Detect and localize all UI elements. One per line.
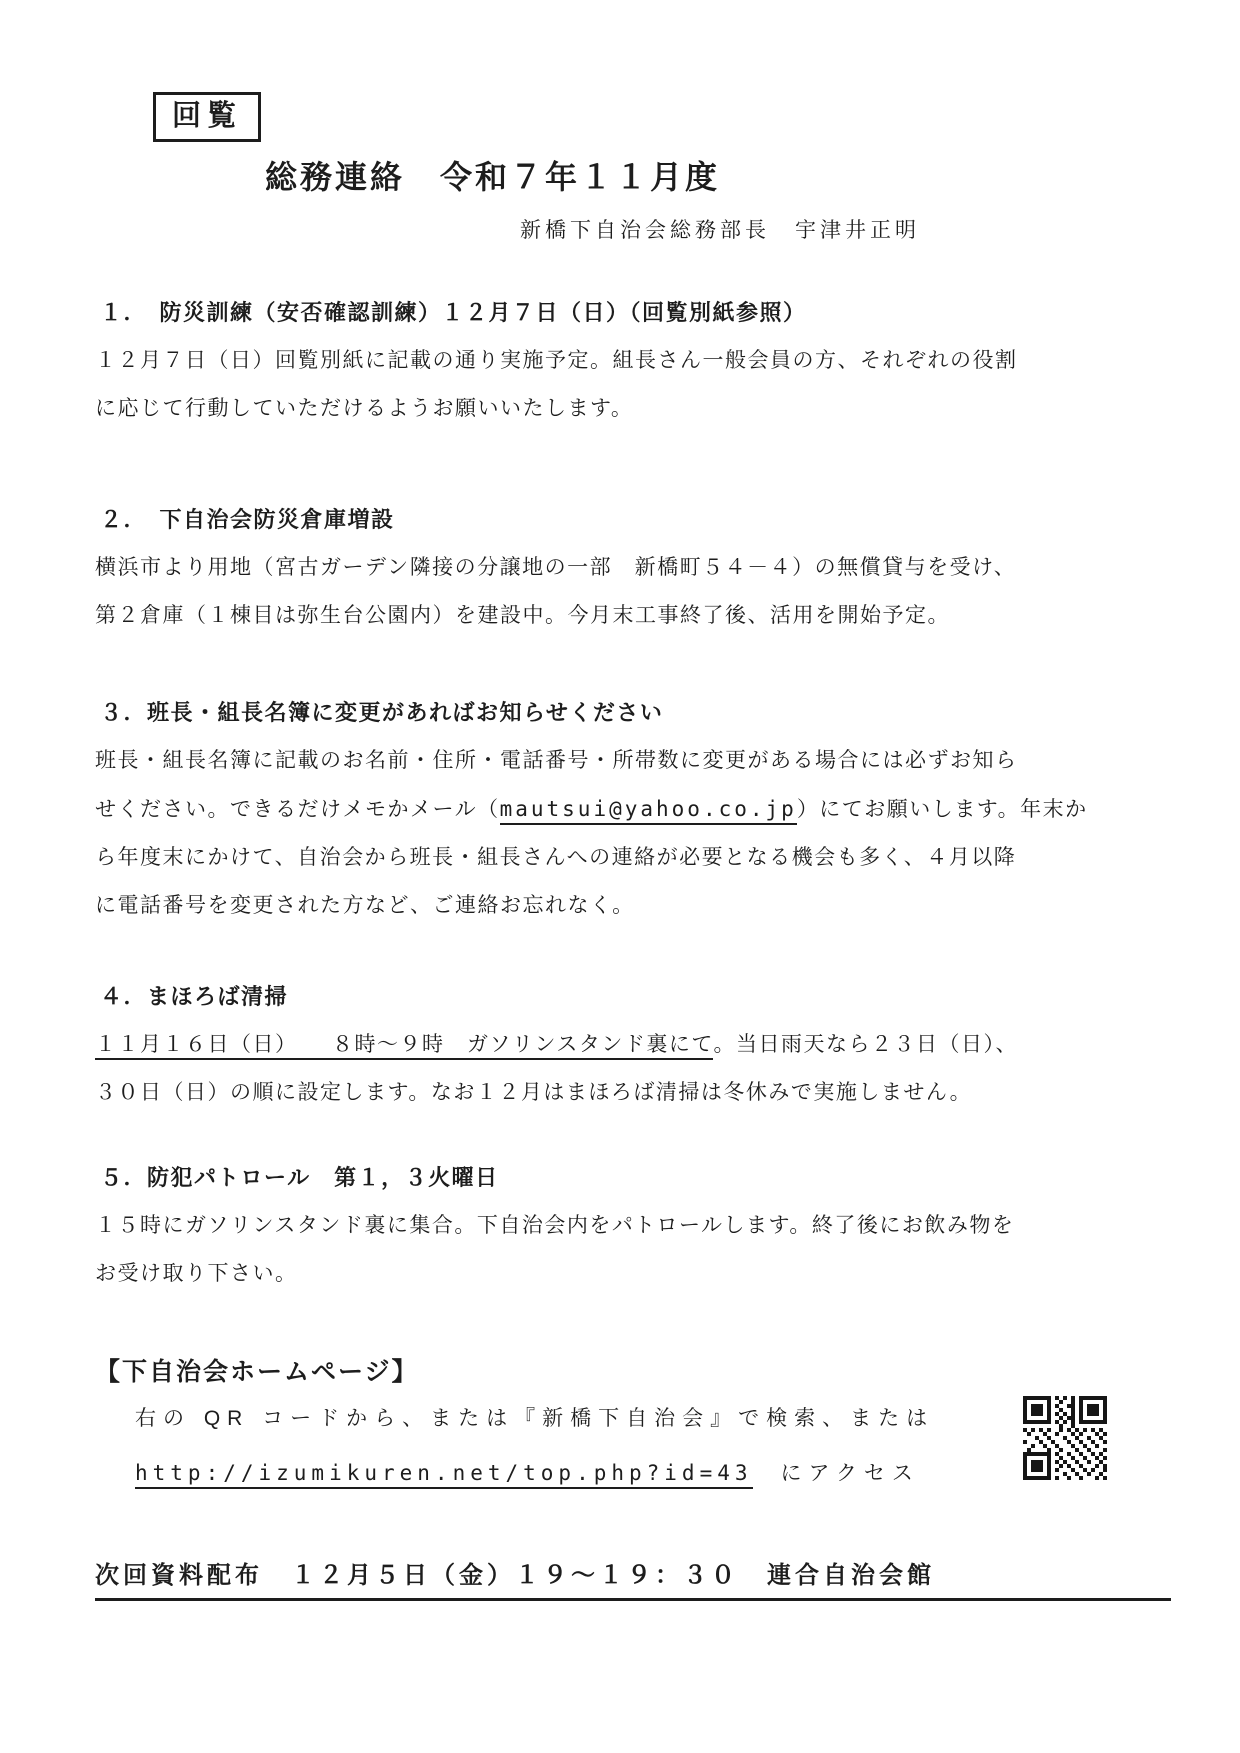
body-line: ３０日（日）の順に設定します。なお１２月はまほろば清掃は冬休みで実施しません。 — [95, 1069, 1165, 1117]
qr-code-icon — [1023, 1396, 1107, 1485]
homepage-url: http://izumikuren.net/top.php?id=43 — [135, 1461, 753, 1489]
homepage-section: 【下自治会ホームページ】 右の QR コードから、または『新橋下自治会』で検索、… — [95, 1352, 1165, 1497]
section-5-heading: ５．防犯パトロール 第１，３火曜日 — [100, 1161, 1165, 1192]
section-4-heading: ４．まほろば清掃 — [100, 980, 1165, 1011]
body-line: 班長・組長名簿に記載のお名前・住所・電話番号・所帯数に変更がある場合には必ずお知… — [95, 737, 1165, 785]
homepage-instruction-line: 右の QR コードから、または『新橋下自治会』で検索、または — [135, 1396, 1165, 1442]
section-2-storage-expansion: ２． 下自治会防災倉庫増設 横浜市より用地（宮古ガーデン隣接の分譲地の一部 新橋… — [95, 503, 1165, 640]
body-line: に電話番号を変更された方など、ご連絡お忘れなく。 — [95, 882, 1165, 930]
section-1-disaster-drill: １． 防災訓練（安否確認訓練）１２月７日（日）（回覧別紙参照） １２月７日（日）… — [95, 296, 1165, 433]
body-text: せください。できるだけメモかメール（ — [95, 798, 500, 821]
section-2-heading: ２． 下自治会防災倉庫増設 — [100, 503, 1165, 534]
scanned-document-page: 回覧 総務連絡 令和７年１１月度 新橋下自治会総務部長 宇津井正明 １． 防災訓… — [0, 0, 1240, 1753]
body-line: 第２倉庫（１棟目は弥生台公園内）を建設中。今月末工事終了後、活用を開始予定。 — [95, 592, 1165, 640]
body-line: 横浜市より用地（宮古ガーデン隣接の分譲地の一部 新橋町５４－４）の無償貸与を受け… — [95, 544, 1165, 592]
section-5-crime-patrol: ５．防犯パトロール 第１，３火曜日 １５時にガソリンスタンド裏に集合。下自治会内… — [95, 1161, 1165, 1298]
body-line: １２月７日（日）回覧別紙に記載の通り実施予定。組長さん一般会員の方、それぞれの役… — [95, 337, 1165, 385]
section-3-roster-changes: ３．班長・組長名簿に変更があればお知らせください 班長・組長名簿に記載のお名前・… — [95, 696, 1165, 930]
body-line: ら年度末にかけて、自治会から班長・組長さんへの連絡が必要となる機会も多く、４月以… — [95, 834, 1165, 882]
kairan-stamp-box: 回覧 — [153, 92, 261, 142]
cleanup-date-underlined: １１月１６日（日） ８時～９時 ガソリンスタンド裏にて — [95, 1033, 713, 1060]
body-line: １５時にガソリンスタンド裏に集合。下自治会内をパトロールします。終了後にお飲み物… — [95, 1202, 1165, 1250]
next-distribution-notice: 次回資料配布 １２月５日（金）１９～１９：３０ 連合自治会館 — [95, 1555, 1171, 1601]
section-4-mahoroba-cleanup: ４．まほろば清掃 １１月１６日（日） ８時～９時 ガソリンスタンド裏にて。当日雨… — [95, 980, 1165, 1117]
homepage-heading: 【下自治会ホームページ】 — [95, 1352, 1165, 1388]
body-text: 。当日雨天なら２３日（日）、 — [713, 1033, 1018, 1056]
body-line: に応じて行動していただけるようお願いいたします。 — [95, 385, 1165, 433]
email-address: mautsui@yahoo.co.jp — [500, 797, 797, 825]
body-line: お受け取り下さい。 — [95, 1250, 1165, 1298]
document-author: 新橋下自治会総務部長 宇津井正明 — [520, 214, 1165, 244]
section-1-heading: １． 防災訓練（安否確認訓練）１２月７日（日）（回覧別紙参照） — [100, 296, 1165, 327]
body-text: にアクセス — [753, 1462, 920, 1485]
body-text: ）にてお願いします。年末か — [797, 798, 1088, 821]
section-3-heading: ３．班長・組長名簿に変更があればお知らせください — [100, 696, 1165, 727]
document-title: 総務連絡 令和７年１１月度 — [265, 152, 1165, 198]
body-line: せください。できるだけメモかメール（mautsui@yahoo.co.jp）にて… — [95, 785, 1165, 834]
kairan-stamp-label: 回覧 — [172, 100, 242, 132]
homepage-url-line: http://izumikuren.net/top.php?id=43 にアクセ… — [135, 1450, 1165, 1497]
body-line: １１月１６日（日） ８時～９時 ガソリンスタンド裏にて。当日雨天なら２３日（日）… — [95, 1021, 1165, 1069]
